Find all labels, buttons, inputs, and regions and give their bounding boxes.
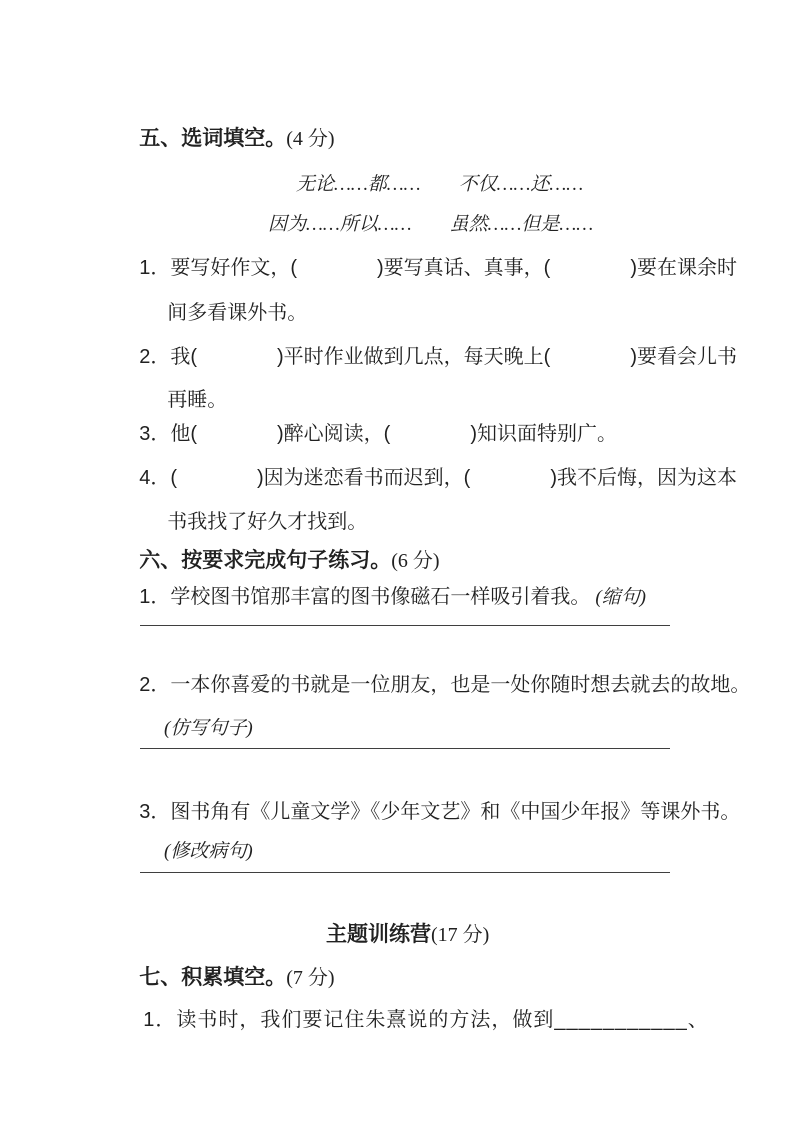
- s7-item-1-number: 1．: [143, 1009, 176, 1031]
- banner-title: 主题训练营: [326, 923, 431, 946]
- answer-blank-line-2: [140, 748, 670, 749]
- s6-item-2-note-line: (仿写句子): [145, 695, 253, 763]
- s7-item-1-suffix: 、: [688, 1009, 709, 1031]
- s5-item-2-text: 我( )平时作业做到几点，每天晚上( )要看会儿书: [170, 346, 737, 368]
- s6-item-2-number: 2．: [139, 674, 170, 696]
- section5-title: 五、选词填空。: [139, 127, 286, 150]
- s6-item-3-note-line: (修改病句): [145, 818, 253, 886]
- worksheet-page: 五、选词填空。(4 分) 无论……都……不仅……还…… 因为……所以……虽然………: [0, 0, 793, 1122]
- s6-item-1-note: (缩句): [595, 587, 646, 608]
- s5-item-1-text: 要写好作文，( )要写真话、真事，( )要在课余时: [170, 257, 737, 279]
- answer-blank-line-1: [140, 625, 670, 626]
- s7-item-1-line: 1．读书时，我们要记住朱熹说的方法，做到___________、: [117, 984, 709, 1056]
- answer-blank-line-3: [140, 872, 670, 873]
- s5-item-1-number: 1．: [139, 257, 170, 279]
- s6-item-2-note: (仿写句子): [164, 718, 253, 739]
- s6-item-2-text: 一本你喜爱的书就是一位朋友，也是一处你随时想去就去的故地。: [170, 674, 750, 696]
- section5-score: (4 分): [286, 128, 334, 150]
- s7-item-1-fill-blank: ___________: [554, 1009, 687, 1031]
- banner-score: (17 分): [431, 924, 489, 946]
- s6-item-3-note: (修改病句): [164, 841, 253, 862]
- s6-item-3-text: 图书角有《儿童文学》《少年文艺》和《中国少年报》等课外书。: [170, 801, 740, 823]
- s6-item-1-line: 1．学校图书馆那丰富的图书像磁石一样吸引着我。(缩句): [117, 561, 646, 634]
- s6-item-1-number: 1．: [139, 586, 170, 608]
- s7-item-1-text: 读书时，我们要记住朱熹说的方法，做到: [176, 1009, 554, 1031]
- s6-item-1-text: 学校图书馆那丰富的图书像磁石一样吸引着我。: [170, 586, 590, 608]
